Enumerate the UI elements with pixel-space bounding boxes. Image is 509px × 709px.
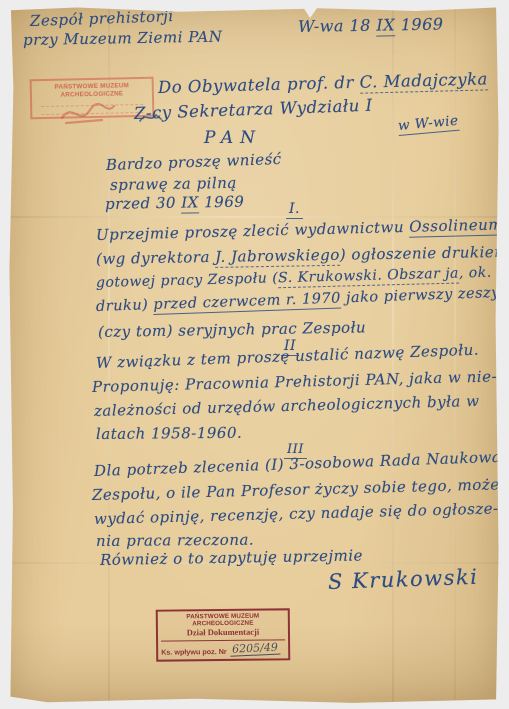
urgency-month-underlined: IX bbox=[181, 193, 199, 213]
letter-line: Zespołu, o ile Pan Profesor życzy sobie … bbox=[92, 475, 500, 504]
section-marker-1: I. bbox=[286, 201, 303, 217]
recipient-line-3: PAN bbox=[204, 128, 262, 148]
sender-line-2: przy Muzeum Ziemi PAN bbox=[23, 28, 223, 49]
urgency-line-1: Bardzo proszę wnieść bbox=[106, 150, 282, 174]
letter-line: Proponuję: Pracownia Prehistorji PAN, ja… bbox=[92, 367, 497, 396]
recipient-line-1: Do Obywatela prof. dr C. Madajczyka bbox=[158, 69, 488, 97]
letter-line: (wg dyrektora J. Jabrowskiego) ogłoszeni… bbox=[96, 243, 509, 268]
date-year: 1969 bbox=[395, 14, 444, 34]
work-title-underlined: S. Krukowski. Obszar ja bbox=[278, 265, 459, 288]
stamp-institution-label: Państwowe Muzeum Archeologiczne bbox=[161, 612, 285, 628]
letter-line: Uprzejmie proszę zlecić wydawnictwu Osso… bbox=[96, 215, 503, 244]
recipient-location-underlined: w W-wie bbox=[397, 113, 459, 136]
letter-line: wydać opinję, recenzję, czy nadaje się d… bbox=[94, 499, 499, 528]
registry-number: 6205/49 bbox=[229, 642, 279, 657]
letter-line: latach 1958-1960. bbox=[96, 424, 242, 443]
stamp-ink-scribble bbox=[56, 96, 120, 130]
letter-line: nia praca rzeczona. bbox=[96, 531, 254, 550]
stamp-registry-label: Ks. wpływu poz. Nr bbox=[161, 647, 227, 657]
publisher-underlined: Ossolineum bbox=[409, 215, 503, 237]
urgency-line-3: przed 30 IX 1969 bbox=[105, 193, 245, 213]
sender-line-1: Zespół prehistorji bbox=[30, 7, 174, 30]
stamp-department-label: Dział Dokumentacji bbox=[161, 627, 285, 639]
director-name-underlined: J. Jabrowskiego bbox=[215, 246, 340, 268]
letter-line: (czy tom) seryjnych prac Zespołu bbox=[98, 318, 366, 341]
urgency-line-2: sprawę za pilną bbox=[110, 174, 237, 194]
urgency-deadline: przed 30 bbox=[105, 194, 182, 213]
deadline-underlined: przed czerwcem r. 1970 bbox=[153, 290, 341, 315]
signature: S Krukowski bbox=[328, 565, 479, 594]
letter-line: zależności od urzędów archeologicznych b… bbox=[94, 392, 480, 420]
recipient-salutation: Do Obywatela prof. dr bbox=[158, 73, 360, 97]
letter-date: W-wa 18 IX 1969 bbox=[298, 14, 444, 36]
registry-stamp: Państwowe Muzeum Archeologiczne Dział Do… bbox=[156, 608, 291, 661]
letter-paper: Zespół prehistorji przy Muzeum Ziemi PAN… bbox=[8, 4, 500, 705]
urgency-year: 1969 bbox=[199, 193, 245, 212]
date-month-underlined: IX bbox=[376, 15, 395, 36]
recipient-location: w W-wie bbox=[397, 113, 459, 134]
closing-line: Również o to zapytuję uprzejmie bbox=[100, 546, 363, 569]
date-text: W-wa 18 bbox=[298, 16, 377, 36]
recipient-line-2: Z-cy Sekretarza Wydziału I bbox=[134, 96, 373, 123]
recipient-name-underlined: C. Madajczyka bbox=[359, 69, 488, 93]
ink-check-mark bbox=[138, 110, 164, 126]
